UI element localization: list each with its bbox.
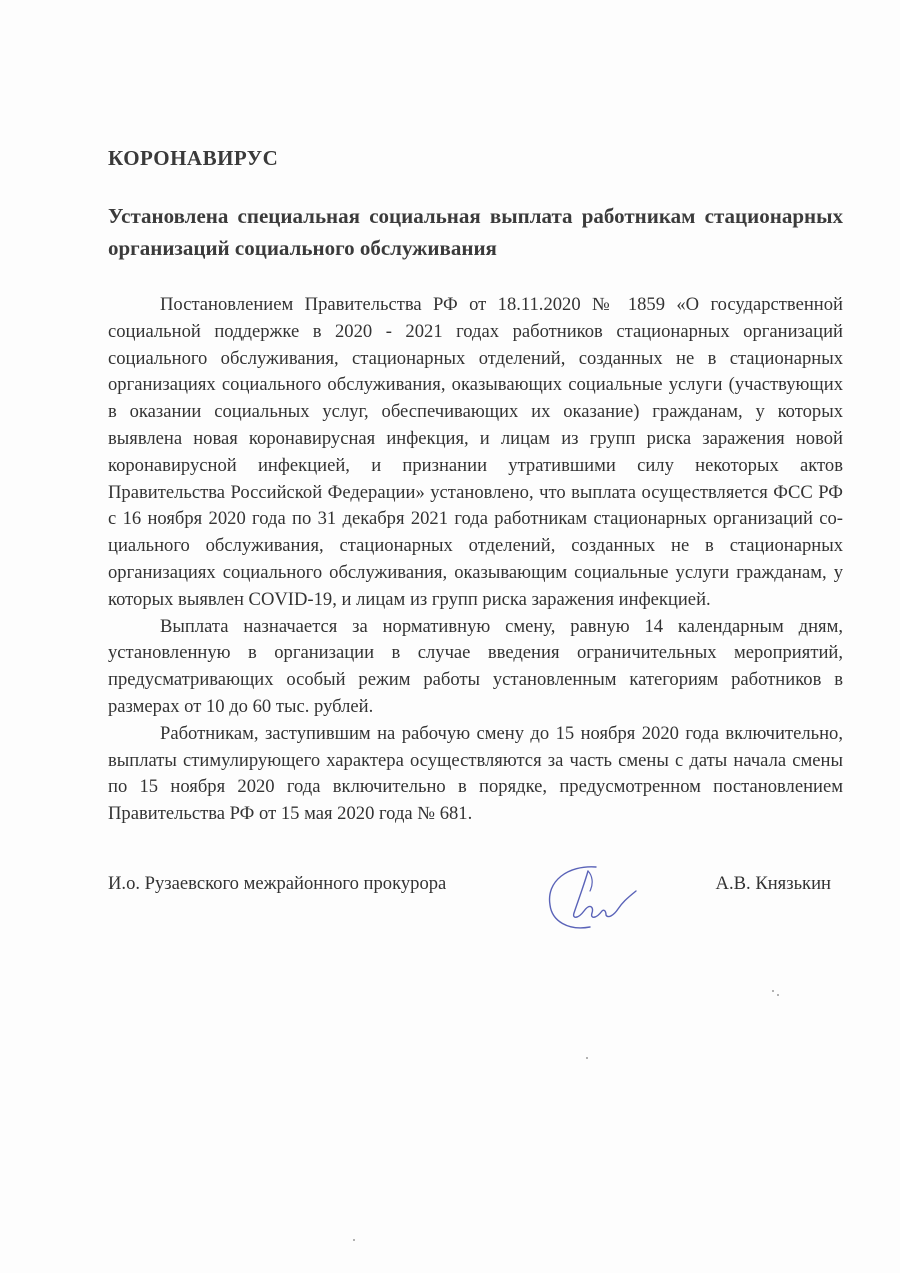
signature-block: И.о. Рузаевского межрайонного прокурора … [108, 873, 843, 953]
document-title: Установлена специальная социальная выпла… [108, 200, 843, 264]
scan-speck [353, 1239, 355, 1241]
paragraph-2: Выплата назначается за нормативную смену… [108, 614, 843, 721]
scan-speck [772, 990, 774, 992]
signatory-position: И.о. Рузаевского межрайонного прокурора [108, 873, 446, 895]
document-page: КОРОНАВИРУС Установлена специальная соци… [0, 0, 900, 1273]
handwritten-signature-icon [538, 861, 678, 941]
scan-speck [777, 994, 779, 996]
scan-speck [586, 1057, 588, 1059]
paragraph-1: Постановлением Правительства РФ от 18.11… [108, 292, 843, 614]
signatory-name: А.В. Князькин [716, 873, 831, 895]
document-body: Постановлением Правительства РФ от 18.11… [108, 292, 843, 828]
paragraph-3: Работникам, заступившим на рабочую смену… [108, 721, 843, 828]
section-heading: КОРОНАВИРУС [108, 146, 278, 171]
